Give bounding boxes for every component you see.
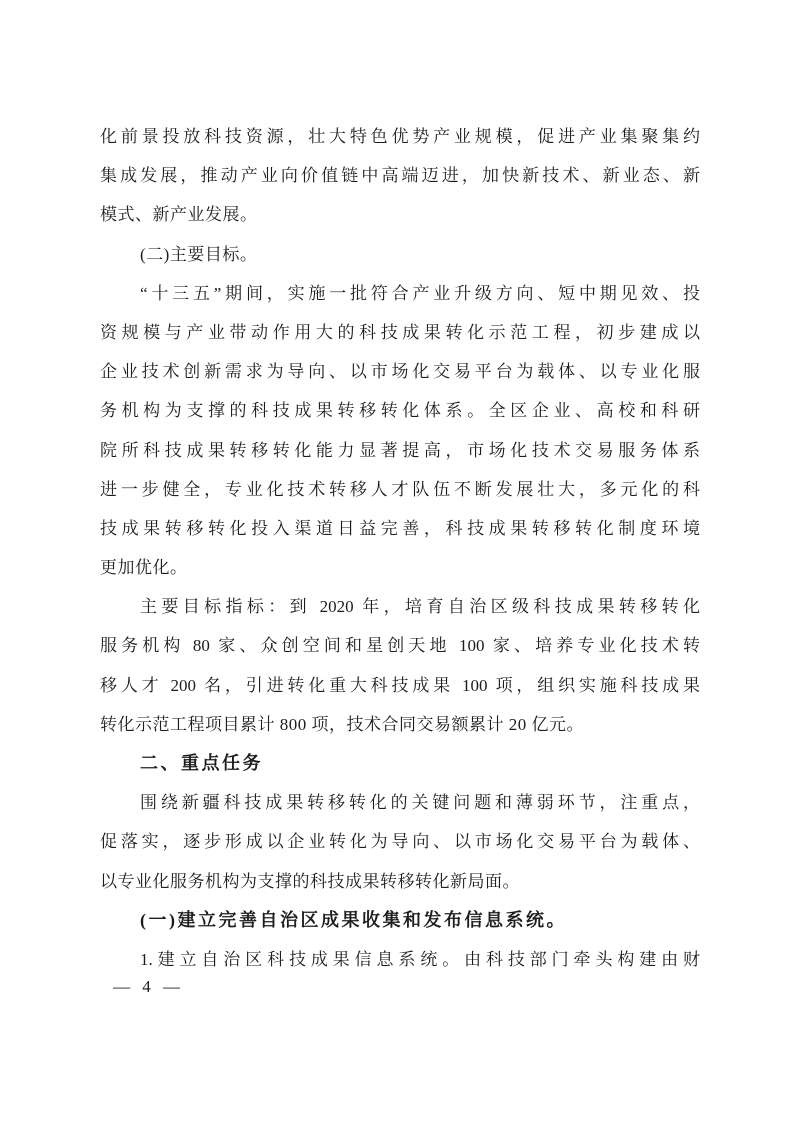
doc-line: 务机构为支撑的科技成果转移转化体系。全区企业、高校和科研 [100, 391, 700, 430]
doc-line: 化前景投放科技资源，壮大特色优势产业规模，促进产业集聚集约 [100, 117, 700, 156]
doc-line: 二、重点任务 [100, 744, 700, 783]
doc-line: (一)建立完善自治区成果收集和发布信息系统。 [100, 901, 700, 940]
doc-line: “十三五”期间，实施一批符合产业升级方向、短中期见效、投 [100, 274, 700, 313]
doc-line: 以专业化服务机构为支撑的科技成果转移转化新局面。 [100, 862, 700, 901]
doc-line: 进一步健全，专业化技术转移人才队伍不断发展壮大，多元化的科 [100, 470, 700, 509]
doc-line: 集成发展，推动产业向价值链中高端迈进，加快新技术、新业态、新 [100, 156, 700, 195]
doc-line: 移人才 200 名，引进转化重大科技成果 100 项，组织实施科技成果 [100, 666, 700, 705]
doc-line: 主要目标指标：到 2020 年，培育自治区级科技成果转移转化 [100, 587, 700, 626]
doc-line: 围绕新疆科技成果转移转化的关键问题和薄弱环节，注重点， [100, 783, 700, 822]
doc-line: 院所科技成果转移转化能力显著提高，市场化技术交易服务体系 [100, 431, 700, 470]
document-page: 化前景投放科技资源，壮大特色优势产业规模，促进产业集聚集约集成发展，推动产业向价… [0, 0, 793, 1122]
doc-line: (二)主要目标。 [100, 235, 700, 274]
doc-line: 更加优化。 [100, 548, 700, 587]
document-body: 化前景投放科技资源，壮大特色优势产业规模，促进产业集聚集约集成发展，推动产业向价… [100, 117, 700, 979]
page-number: — 4 — [113, 977, 181, 997]
doc-line: 促落实，逐步形成以企业转化为导向、以市场化交易平台为载体、 [100, 822, 700, 861]
doc-line: 技成果转移转化投入渠道日益完善，科技成果转移转化制度环境 [100, 509, 700, 548]
doc-line: 模式、新产业发展。 [100, 195, 700, 234]
doc-line: 1.建立自治区科技成果信息系统。由科技部门牵头构建由财 [100, 940, 700, 979]
doc-line: 转化示范工程项目累计 800 项，技术合同交易额累计 20 亿元。 [100, 705, 700, 744]
doc-line: 企业技术创新需求为导向、以市场化交易平台为载体、以专业化服 [100, 352, 700, 391]
doc-line: 服务机构 80 家、众创空间和星创天地 100 家、培养专业化技术转 [100, 626, 700, 665]
doc-line: 资规模与产业带动作用大的科技成果转化示范工程，初步建成以 [100, 313, 700, 352]
